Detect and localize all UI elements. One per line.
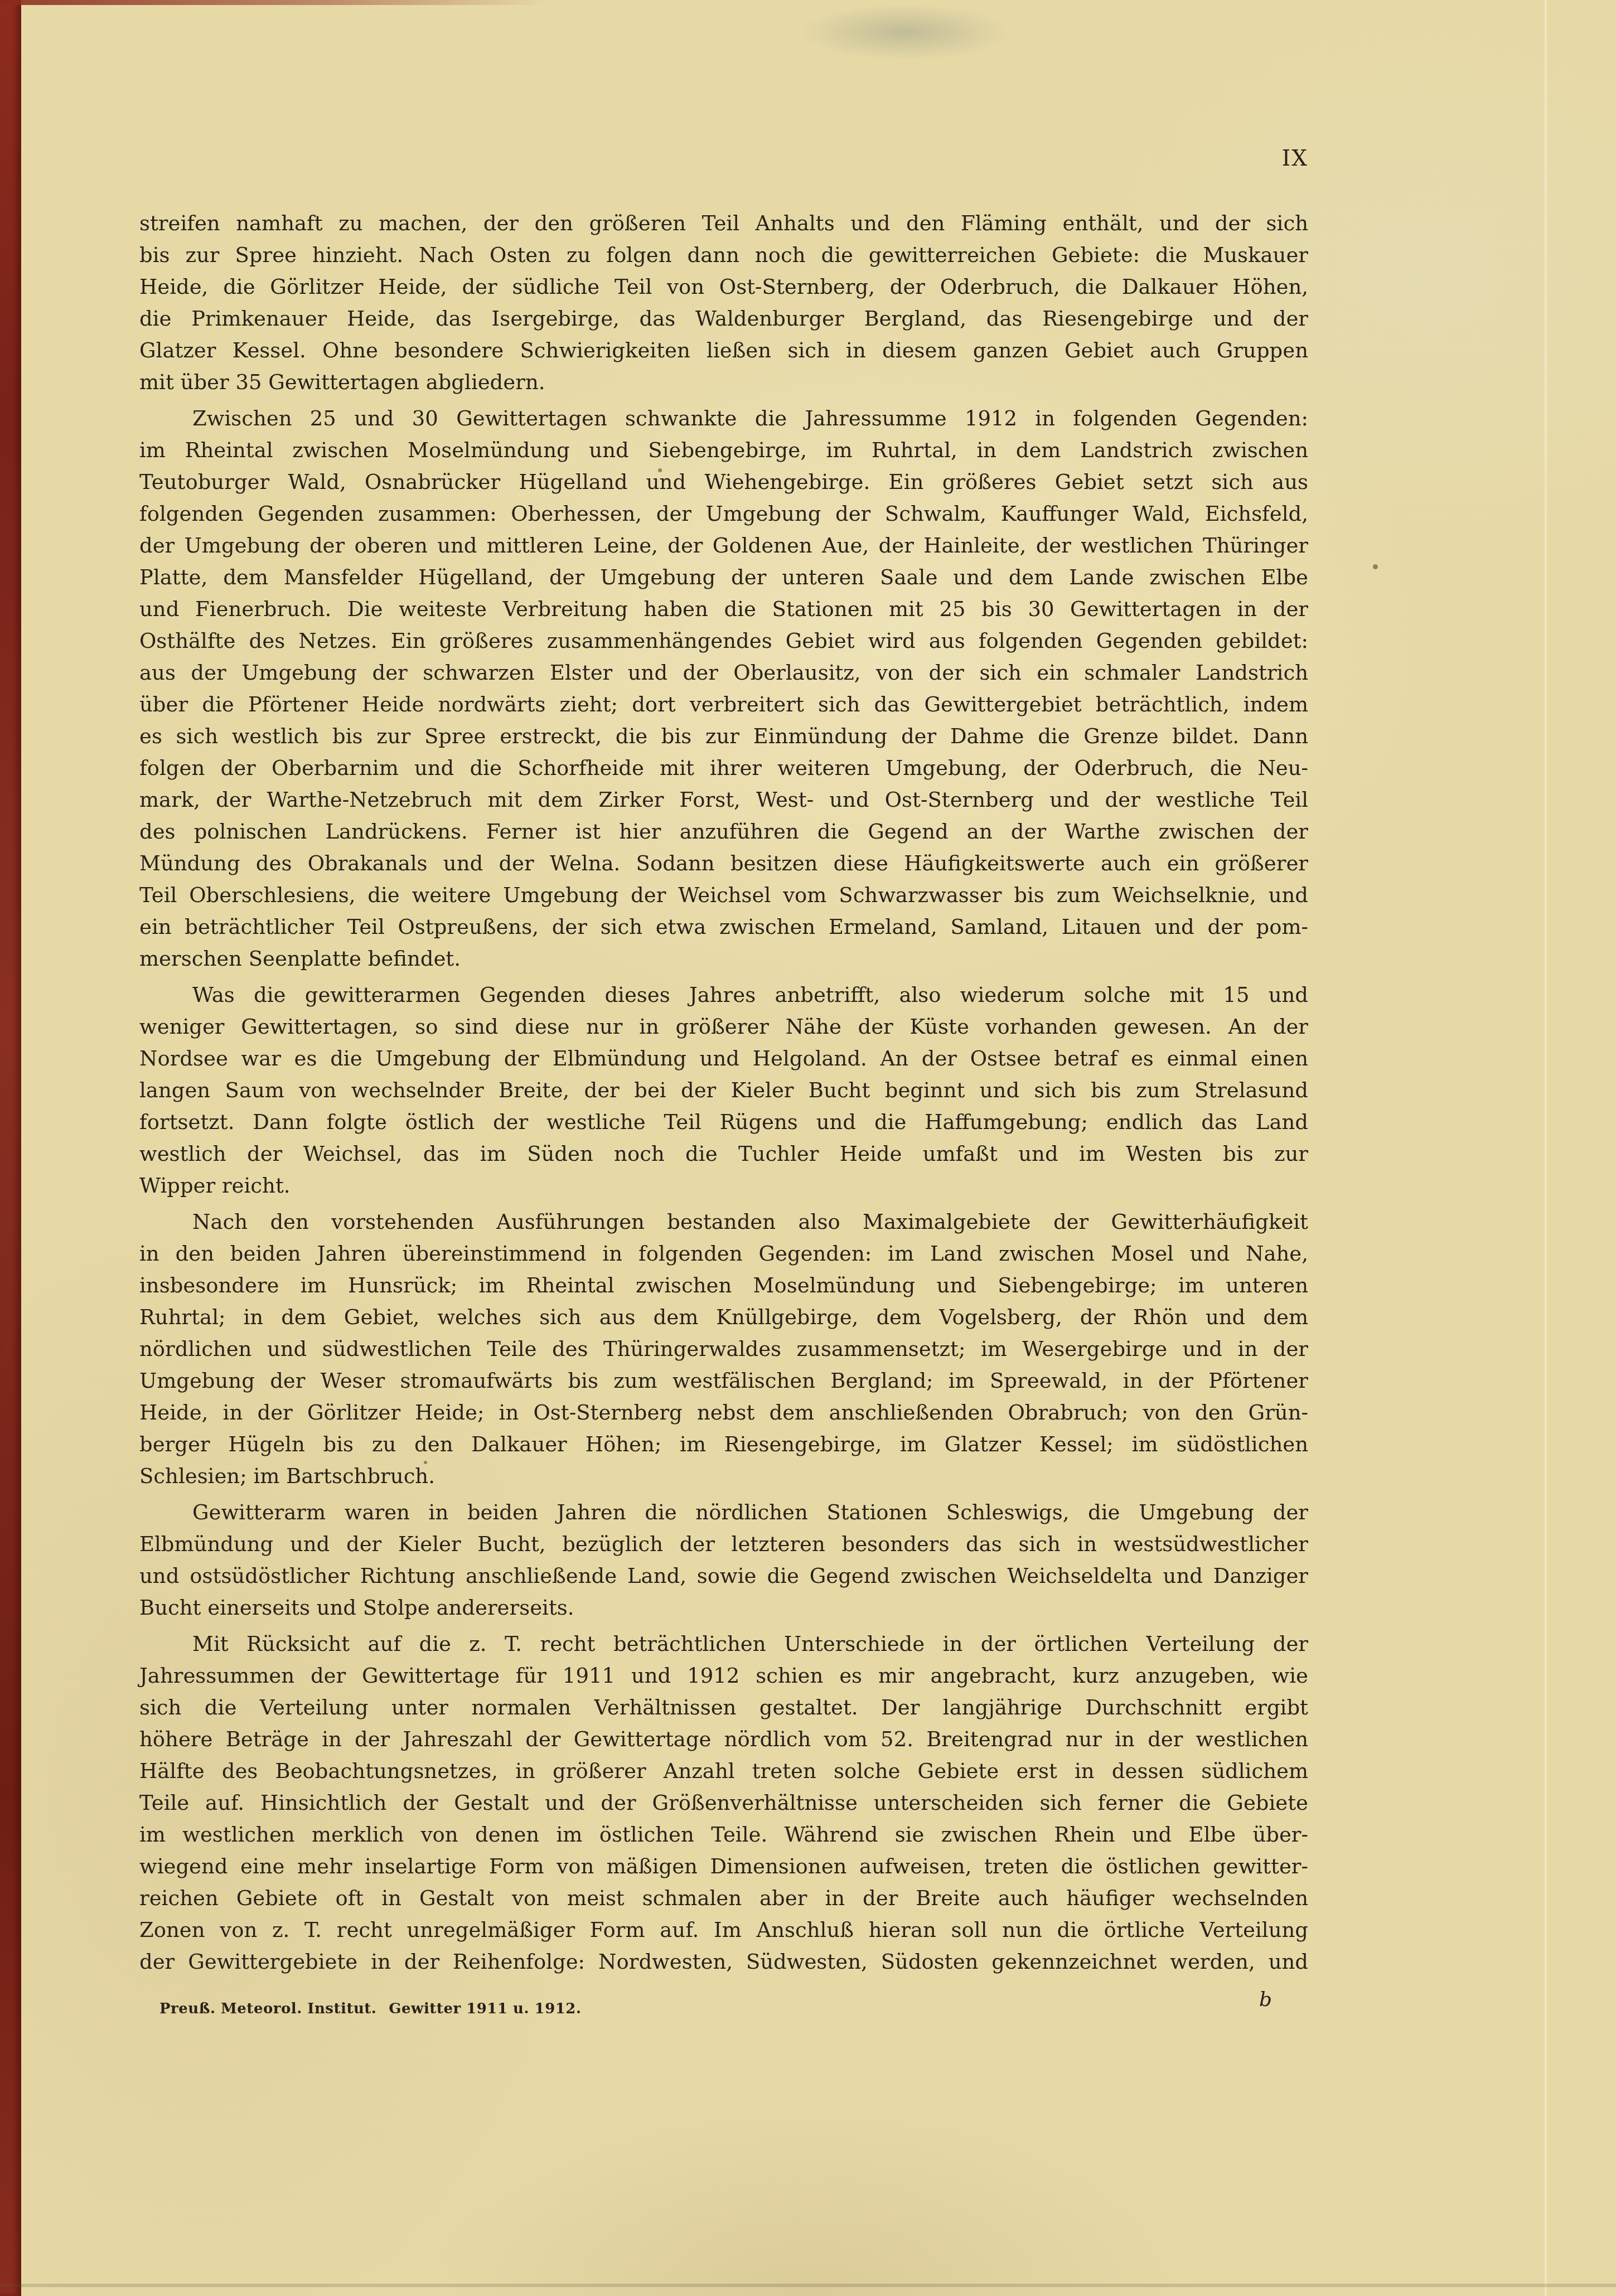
text-line: Glatzer Kessel. Ohne besondere Schwierig… [139, 335, 1308, 366]
text-line: der Umgebung der oberen und mittleren Le… [139, 530, 1308, 561]
paper-speck [1373, 564, 1378, 569]
text-line: wiegend eine mehr inselartige Form von m… [139, 1851, 1308, 1882]
text-line: Bucht einerseits und Stolpe andererseits… [139, 1592, 1308, 1624]
paragraph: Mit Rücksicht auf die z. T. recht beträc… [139, 1628, 1308, 1978]
text-line: über die Pförtener Heide nordwärts zieht… [139, 689, 1308, 720]
text-line: und ostsüdöstlicher Richtung anschließen… [139, 1560, 1308, 1592]
text-line: fortsetzt. Dann folgte östlich der westl… [139, 1106, 1308, 1138]
text-line: Heide, in der Görlitzer Heide; in Ost-St… [139, 1397, 1308, 1428]
text-line: Mit Rücksicht auf die z. T. recht beträc… [139, 1628, 1308, 1660]
text-line: weniger Gewittertagen, so sind diese nur… [139, 1011, 1308, 1043]
text-line: streifen namhaft zu machen, der den größ… [139, 207, 1308, 239]
text-line: Zonen von z. T. recht unregelmäßiger For… [139, 1914, 1308, 1946]
text-line: folgen der Oberbarnim und die Schorfheid… [139, 752, 1308, 784]
text-line: Teil Oberschlesiens, die weitere Umgebun… [139, 879, 1308, 911]
text-line: Nordsee war es die Umgebung der Elbmündu… [139, 1043, 1308, 1074]
text-line: mit über 35 Gewittertagen abgliedern. [139, 366, 1308, 398]
text-line: Teutoburger Wald, Osnabrücker Hügelland … [139, 466, 1308, 498]
text-line: Gewitterarm waren in beiden Jahren die n… [139, 1496, 1308, 1528]
text-line: Heide, die Görlitzer Heide, der südliche… [139, 271, 1308, 303]
text-line: es sich westlich bis zur Spree erstreckt… [139, 720, 1308, 752]
footer-imprint: Preuß. Meteorol. Institut. Gewitter 1911… [159, 2000, 582, 2017]
text-line: in den beiden Jahren übereinstimmend in … [139, 1238, 1308, 1270]
text-line: Ruhrtal; in dem Gebiet, welches sich aus… [139, 1301, 1308, 1333]
text-line: im Rheintal zwischen Moselmündung und Si… [139, 434, 1308, 466]
text-line: Jahressummen der Gewittertage für 1911 u… [139, 1660, 1308, 1692]
page-number: IX [139, 146, 1308, 171]
text-line: nördlichen und südwestlichen Teile des T… [139, 1333, 1308, 1365]
text-line: Platte, dem Mansfelder Hügelland, der Um… [139, 561, 1308, 593]
text-line: höhere Beträge in der Jahreszahl der Gew… [139, 1723, 1308, 1755]
text-line: bis zur Spree hinzieht. Nach Osten zu fo… [139, 239, 1308, 271]
paragraph: streifen namhaft zu machen, der den größ… [139, 207, 1308, 398]
binding-edge [0, 0, 21, 2296]
text-line: Nach den vorstehenden Ausführungen besta… [139, 1206, 1308, 1238]
text-line: des polnischen Landrückens. Ferner ist h… [139, 816, 1308, 847]
text-line: westlich der Weichsel, das im Süden noch… [139, 1138, 1308, 1170]
text-line: Was die gewitterarmen Gegenden dieses Ja… [139, 979, 1308, 1011]
text-line: Schlesien; im Bartschbruch. [139, 1460, 1308, 1492]
top-scan-edge [0, 0, 546, 5]
paper-crease [1545, 0, 1547, 2296]
text-block: streifen namhaft zu machen, der den größ… [139, 207, 1308, 1982]
text-line: Zwischen 25 und 30 Gewittertagen schwank… [139, 403, 1308, 434]
text-line: im westlichen merklich von denen im östl… [139, 1819, 1308, 1851]
text-line: langen Saum von wechselnder Breite, der … [139, 1074, 1308, 1106]
paragraph: Gewitterarm waren in beiden Jahren die n… [139, 1496, 1308, 1624]
text-line: merschen Seenplatte befindet. [139, 943, 1308, 975]
paragraph: Nach den vorstehenden Ausführungen besta… [139, 1206, 1308, 1492]
scanned-page: { "page": { "number": "IX", "paper_color… [0, 0, 1616, 2296]
text-line: Umgebung der Weser stromaufwärts bis zum… [139, 1365, 1308, 1397]
signature-mark: b [1259, 1988, 1272, 2011]
bottom-scan-edge [0, 2284, 1616, 2287]
text-line: Mündung des Obrakanals und der Welna. So… [139, 847, 1308, 879]
text-line: die Primkenauer Heide, das Isergebirge, … [139, 303, 1308, 335]
text-line: Teile auf. Hinsichtlich der Gestalt und … [139, 1787, 1308, 1819]
text-line: sich die Verteilung unter normalen Verhä… [139, 1692, 1308, 1723]
text-line: Wipper reicht. [139, 1170, 1308, 1202]
footer-imprint-title: Gewitter 1911 u. 1912. [389, 2000, 581, 2017]
text-line: berger Hügeln bis zu den Dalkauer Höhen;… [139, 1428, 1308, 1460]
text-line: der Gewittergebiete in der Reihenfolge: … [139, 1946, 1308, 1978]
text-line: insbesondere im Hunsrück; im Rheintal zw… [139, 1270, 1308, 1301]
text-line: mark, der Warthe-Netzebruch mit dem Zirk… [139, 784, 1308, 816]
text-line: ein beträchtlicher Teil Ostpreußens, der… [139, 911, 1308, 943]
text-line: reichen Gebiete oft in Gestalt von meist… [139, 1882, 1308, 1914]
paragraph: Was die gewitterarmen Gegenden dieses Ja… [139, 979, 1308, 1202]
text-line: Elbmündung und der Kieler Bucht, bezügli… [139, 1528, 1308, 1560]
text-line: und Fienerbruch. Die weiteste Verbreitun… [139, 593, 1308, 625]
text-line: folgenden Gegenden zusammen: Oberhessen,… [139, 498, 1308, 530]
text-line: aus der Umgebung der schwarzen Elster un… [139, 657, 1308, 689]
text-line: Osthälfte des Netzes. Ein größeres zusam… [139, 625, 1308, 657]
footer-imprint-institute: Preuß. Meteorol. Institut. [159, 2000, 376, 2017]
text-line: Hälfte des Beobachtungsnetzes, in größer… [139, 1755, 1308, 1787]
paragraph: Zwischen 25 und 30 Gewittertagen schwank… [139, 403, 1308, 975]
